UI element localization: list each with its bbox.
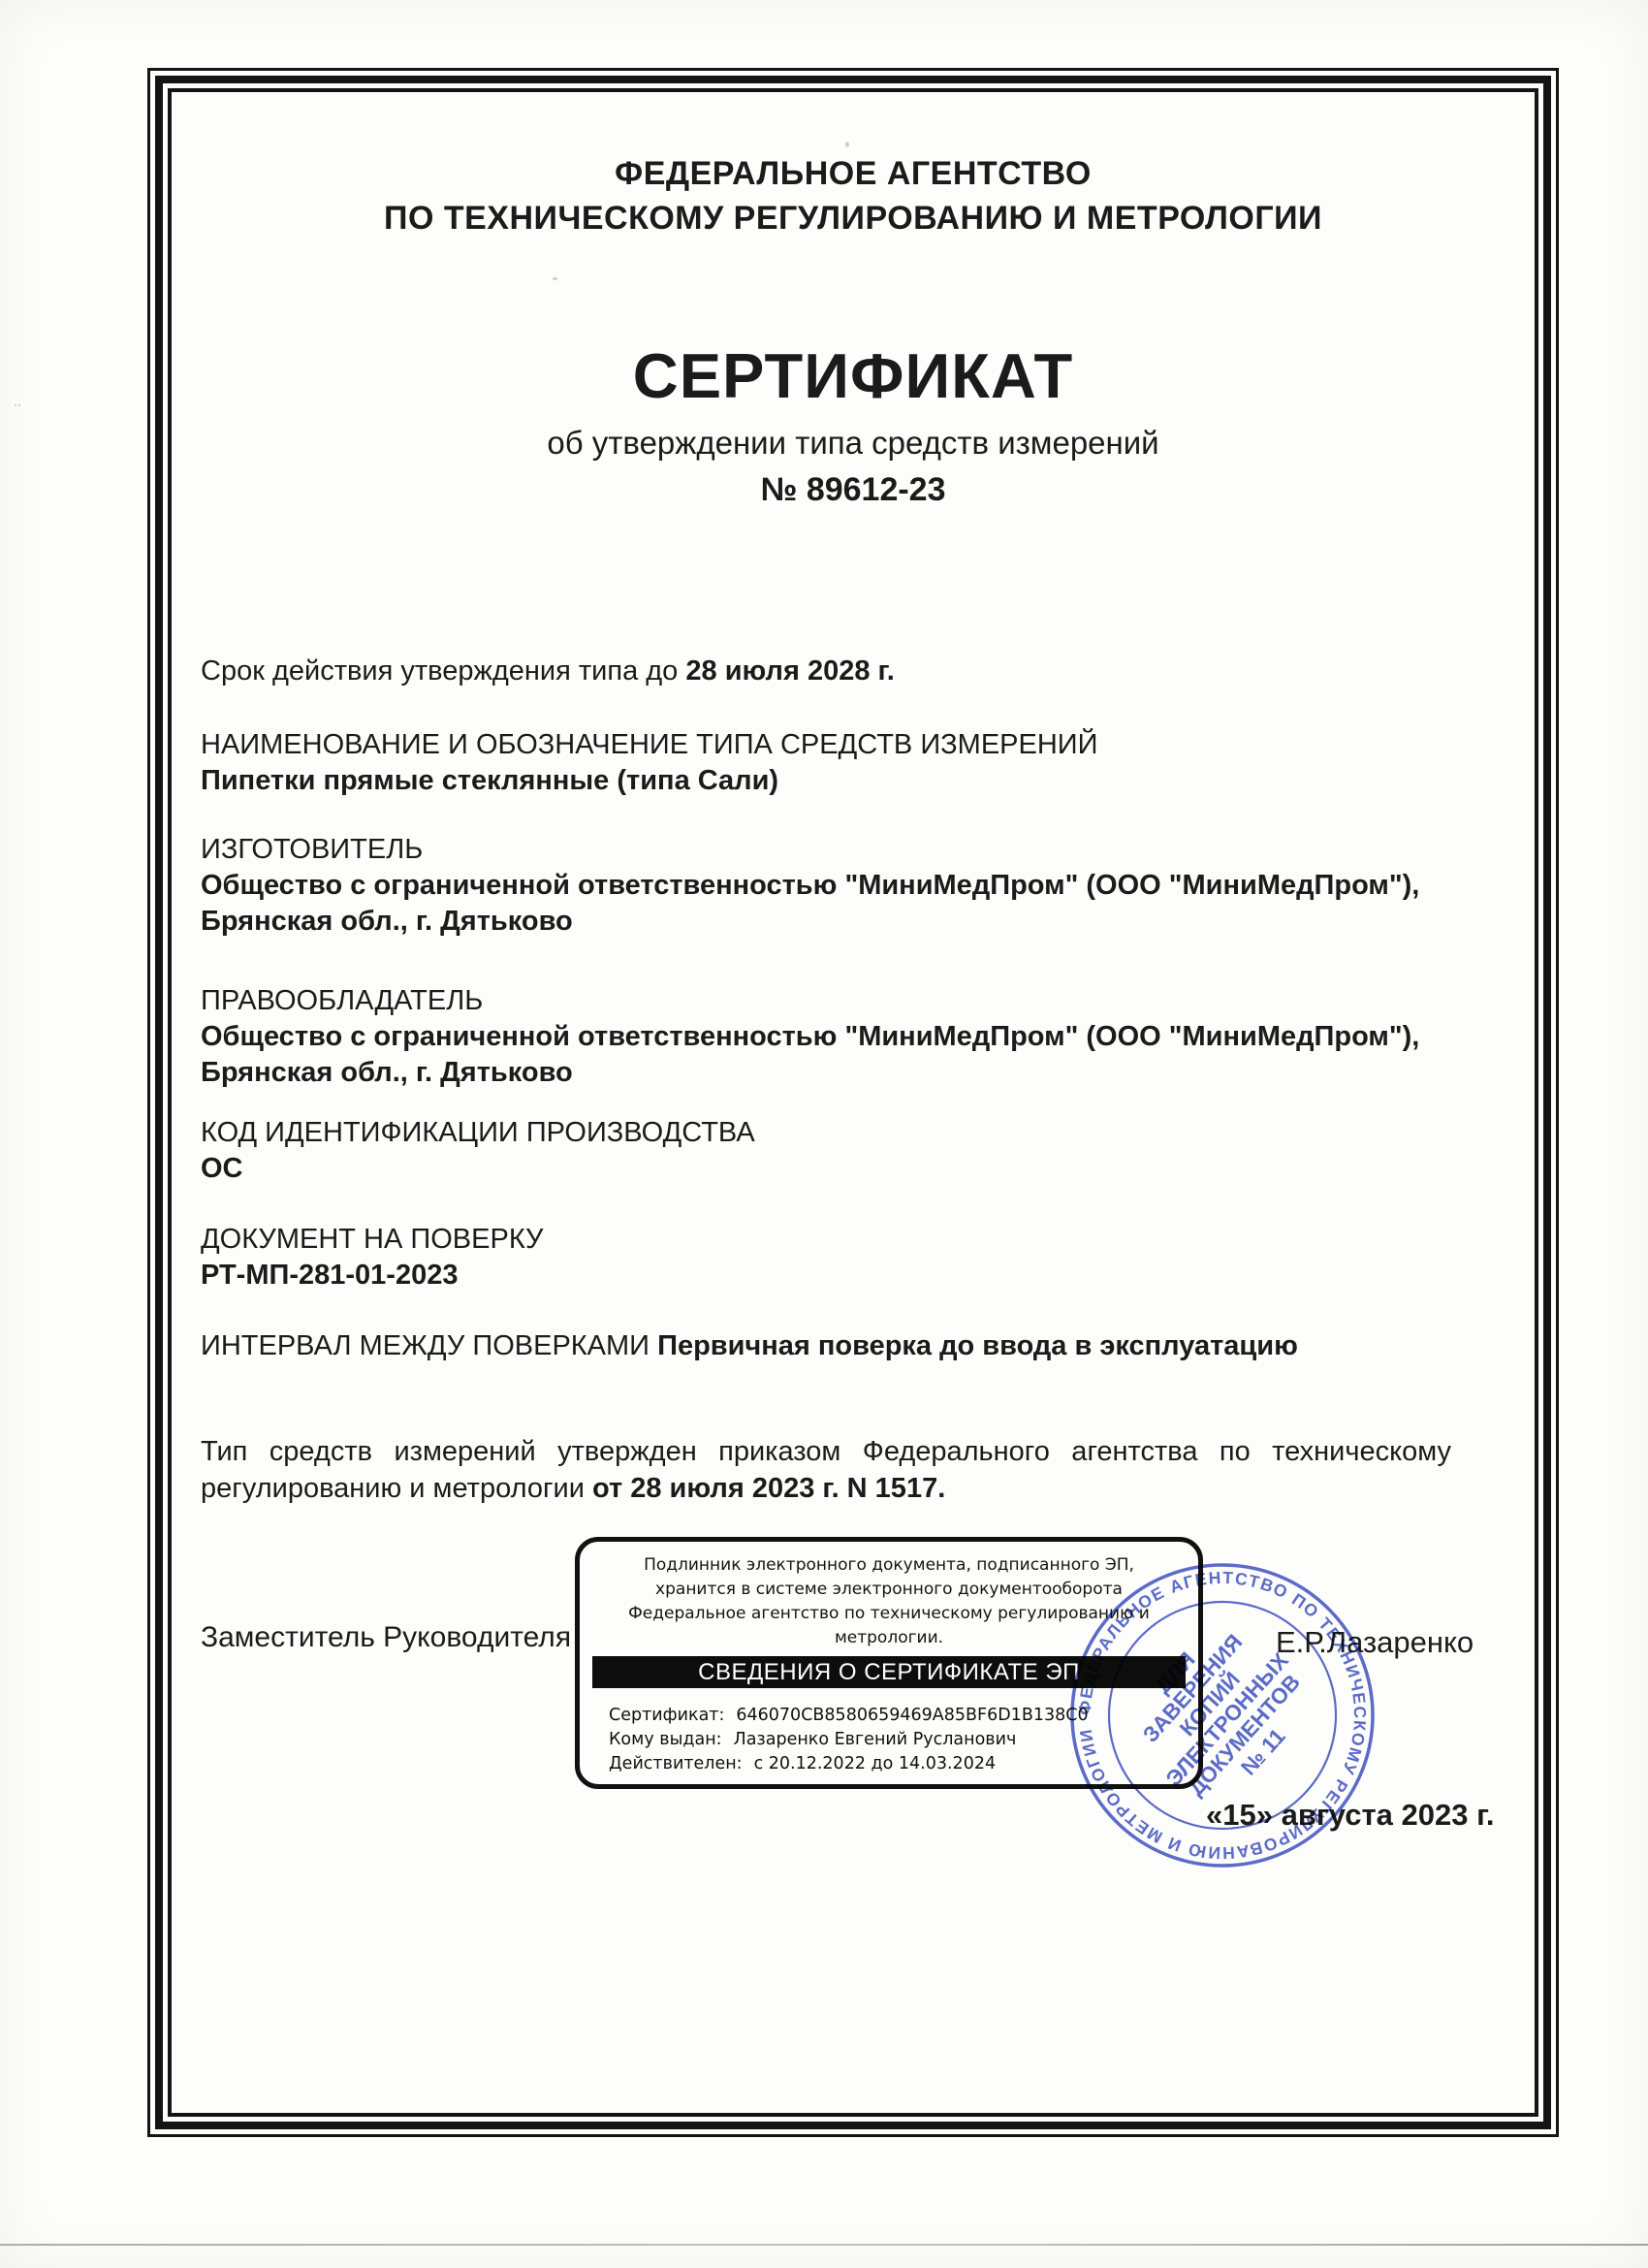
esignature-issued-value: Лазаренко Евгений Русланович <box>734 1730 1017 1749</box>
production-code-section: КОД ИДЕНТИФИКАЦИИ ПРОИЗВОДСТВА ОС <box>201 1115 1451 1187</box>
verification-doc-section: ДОКУМЕНТ НА ПОВЕРКУ РТ-МП-281-01-2023 <box>201 1222 1451 1294</box>
rights-holder-value-line1: Общество с ограниченной ответственностью… <box>201 1019 1451 1055</box>
signer-position: Заместитель Руководителя <box>201 1621 571 1654</box>
agency-header-line2: ПО ТЕХНИЧЕСКОМУ РЕГУЛИРОВАНИЮ И МЕТРОЛОГ… <box>147 196 1559 240</box>
approval-paragraph: Тип средств измерений утвержден приказом… <box>201 1433 1451 1507</box>
rights-holder-label: ПРАВООБЛАДАТЕЛЬ <box>201 983 1451 1019</box>
verification-interval-value: Первичная поверка до ввода в эксплуатаци… <box>657 1330 1298 1361</box>
validity-value: 28 июля 2028 г. <box>685 655 894 687</box>
production-code-label: КОД ИДЕНТИФИКАЦИИ ПРОИЗВОДСТВА <box>201 1115 1451 1151</box>
verification-interval-label: ИНТЕРВАЛ МЕЖДУ ПОВЕРКАМИ <box>201 1330 650 1361</box>
agency-header: ФЕДЕРАЛЬНОЕ АГЕНТСТВО ПО ТЕХНИЧЕСКОМУ РЕ… <box>147 151 1559 240</box>
esignature-valid-label: Действителен: <box>609 1754 743 1773</box>
certificate-number: № 89612-23 <box>147 471 1559 509</box>
esignature-valid-value: с 20.12.2022 до 14.03.2024 <box>754 1754 997 1773</box>
scanned-certificate-page: { "header": { "line1": "ФЕДЕРАЛЬНОЕ АГЕН… <box>0 0 1648 2268</box>
production-code-value: ОС <box>201 1151 1451 1187</box>
validity-line: Срок действия утверждения типа до 28 июл… <box>201 654 1451 689</box>
certificate-subtitle: об утверждении типа средств измерений <box>147 425 1559 462</box>
rights-holder-value-line2: Брянская обл., г. Дятьково <box>201 1055 1451 1091</box>
approval-order-date: от 28 июля 2023 г. N 1517. <box>592 1473 945 1504</box>
name-type-value: Пипетки прямые стеклянные (типа Сали) <box>201 763 1451 799</box>
esignature-cert-value: 646070CB8580659469A85BF6D1B138C0 <box>736 1706 1088 1725</box>
scan-speck: ·· <box>14 401 27 408</box>
scan-edge-shadow <box>0 2244 1648 2246</box>
verification-interval-line: ИНТЕРВАЛ МЕЖДУ ПОВЕРКАМИ Первичная повер… <box>201 1328 1451 1364</box>
validity-label: Срок действия утверждения типа до <box>201 655 678 687</box>
manufacturer-label: ИЗГОТОВИТЕЛЬ <box>201 832 1451 868</box>
manufacturer-value-line1: Общество с ограниченной ответственностью… <box>201 868 1451 904</box>
esignature-cert-label: Сертификат: <box>609 1706 724 1725</box>
esignature-issued-label: Кому выдан: <box>609 1730 722 1749</box>
verification-doc-value: РТ-МП-281-01-2023 <box>201 1258 1451 1294</box>
certificate-title: СЕРТИФИКАТ <box>147 339 1559 412</box>
manufacturer-value-line2: Брянская обл., г. Дятьково <box>201 904 1451 940</box>
scan-speck <box>553 277 557 280</box>
name-type-section: НАИМЕНОВАНИЕ И ОБОЗНАЧЕНИЕ ТИПА СРЕДСТВ … <box>201 727 1451 799</box>
verification-doc-label: ДОКУМЕНТ НА ПОВЕРКУ <box>201 1222 1451 1258</box>
scan-speck <box>845 142 849 147</box>
manufacturer-section: ИЗГОТОВИТЕЛЬ Общество с ограниченной отв… <box>201 832 1451 940</box>
rights-holder-section: ПРАВООБЛАДАТЕЛЬ Общество с ограниченной … <box>201 983 1451 1091</box>
official-round-stamp-icon: ФЕДЕРАЛЬНОЕ АГЕНТСТВО ПО ТЕХНИЧЕСКОМУ РЕ… <box>1065 1558 1379 1872</box>
name-type-label: НАИМЕНОВАНИЕ И ОБОЗНАЧЕНИЕ ТИПА СРЕДСТВ … <box>201 727 1451 763</box>
agency-header-line1: ФЕДЕРАЛЬНОЕ АГЕНТСТВО <box>147 151 1559 196</box>
